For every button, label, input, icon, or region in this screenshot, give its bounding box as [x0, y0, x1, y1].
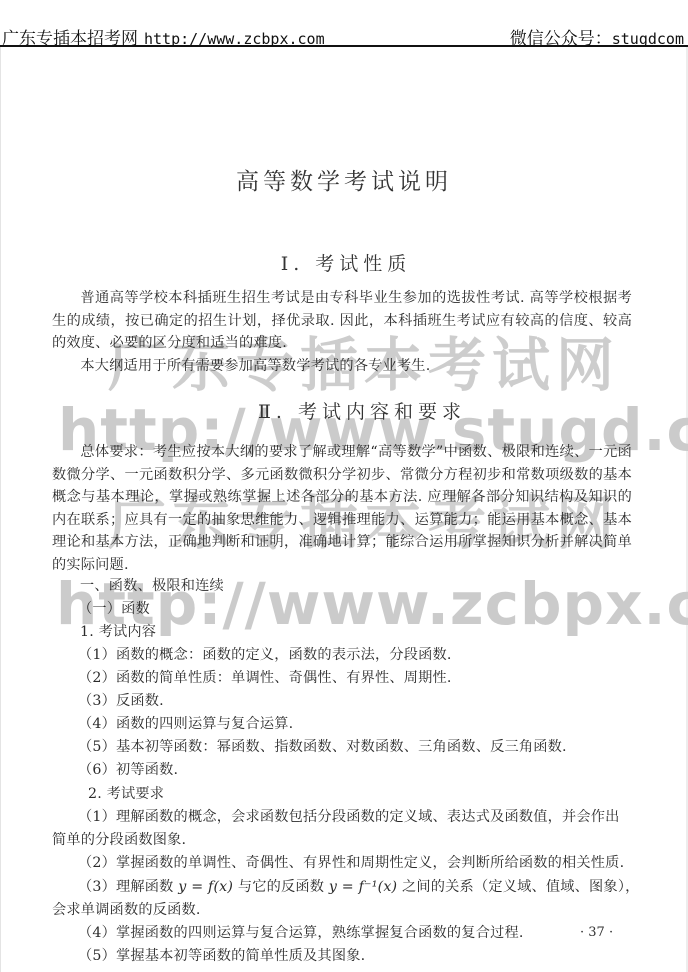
- content-item: （2）函数的简单性质：单调性、奇偶性、有界性、周期性.: [78, 667, 452, 690]
- content-item: （3）反函数.: [78, 690, 164, 713]
- heading-exam-requirements: 2. 考试要求: [88, 783, 164, 806]
- document-title: 高等数学考试说明: [0, 163, 688, 196]
- requirement-item-1-line2: 简单的分段函数图象.: [52, 829, 186, 852]
- requirement-item: （5）掌握基本初等函数的简单性质及其图象.: [78, 945, 365, 968]
- paragraph-exam-nature: 普通高等学校本科插班生招生考试是由专科毕业生参加的选拔性考试. 高等学校根据考生…: [52, 287, 632, 355]
- paragraph-overall-requirements: 总体要求：考生应按本大纲的要求了解或理解“高等数学”中函数、极限和连续、一元函数…: [52, 441, 632, 577]
- requirement-item-1-line1: （1）理解函数的概念，会求函数包括分段函数的定义域、表达式及函数值，并会作出: [78, 806, 620, 829]
- heading-exam-content: 1. 考试内容: [80, 621, 156, 644]
- page-number: · 37 ·: [580, 925, 613, 940]
- requirement-item: （4）掌握函数的四则运算与复合运算，熟练掌握复合函数的复合过程.: [78, 922, 524, 945]
- content-item: （6）初等函数.: [78, 759, 178, 782]
- subsection-heading-functions: （一）函数: [78, 598, 150, 621]
- requirement-item-3-line2: 会求单调函数的反函数.: [52, 899, 201, 922]
- part-heading-functions-limits: 一、函数、极限和连续: [80, 575, 224, 598]
- requirement-text: 之间的关系（定义域、值域、图象），: [397, 879, 639, 895]
- paragraph-scope: 本大纲适用于所有需要参加高等数学考试的各专业考生.: [52, 355, 632, 378]
- requirement-item: （2）掌握函数的单调性、奇偶性、有界性和周期性定义，会判断所给函数的相关性质.: [78, 852, 624, 875]
- requirement-text: 与它的反函数: [233, 879, 329, 895]
- header-divider: [0, 45, 688, 47]
- section-heading-exam-nature: Ⅰ. 考试性质: [2, 249, 688, 276]
- content-item: （4）函数的四则运算与复合运算.: [78, 713, 293, 736]
- content-item: （5）基本初等函数：幂函数、指数函数、对数函数、三角函数、反三角函数.: [78, 736, 567, 759]
- inverse-function-formula: y = f⁻¹(x): [329, 879, 397, 895]
- requirement-text: （3）理解函数: [78, 879, 178, 895]
- section-heading-content-requirements: Ⅱ. 考试内容和要求: [18, 397, 688, 424]
- content-item: （1）函数的概念：函数的定义，函数的表示法，分段函数.: [78, 644, 452, 667]
- function-formula: y = f(x): [178, 879, 233, 895]
- site-header: 广东专插本招考网http://www.zcbpx.com 微信公众号：stugd…: [0, 0, 688, 46]
- requirement-item-3-line1: （3）理解函数 y = f(x) 与它的反函数 y = f⁻¹(x) 之间的关系…: [78, 876, 640, 899]
